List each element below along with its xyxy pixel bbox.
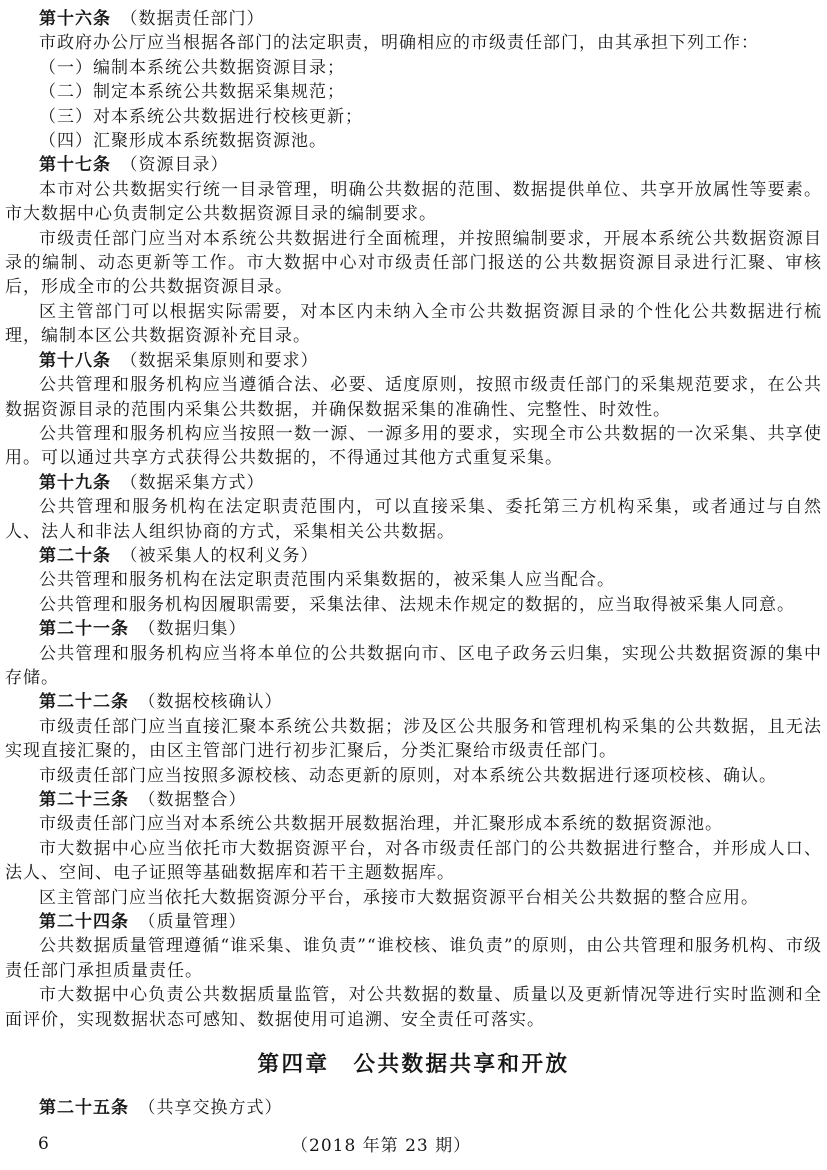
paragraph: 公共管理和服务机构应当将本单位的公共数据向市、区电子政务云归集，实现公共数据资源… xyxy=(5,642,822,691)
chapter-title: 公共数据共享和开放 xyxy=(354,1052,570,1077)
article-title: （数据整合） xyxy=(129,790,247,810)
article-heading: 第二十四条 （质量管理） xyxy=(5,910,822,934)
article-heading: 第二十二条 （数据校核确认） xyxy=(5,690,822,714)
article-title: （被采集人的权利义务） xyxy=(111,546,319,566)
article-number: 第二十五条 xyxy=(39,1098,129,1118)
paragraph: 市级责任部门应当对本系统公共数据开展数据治理，并汇聚形成本系统的数据资源池。 xyxy=(5,812,822,836)
article-number: 第二十四条 xyxy=(39,912,129,932)
article-title: （数据校核确认） xyxy=(129,692,283,712)
article-title: （共享交换方式） xyxy=(129,1098,283,1118)
paragraph: 市级责任部门应当直接汇聚本系统公共数据；涉及区公共服务和管理机构采集的公共数据，… xyxy=(5,715,822,764)
paragraph: 公共管理和服务机构在法定职责范围内，可以直接采集、委托第三方机构采集，或者通过与… xyxy=(5,495,822,544)
paragraph: 公共管理和服务机构在法定职责范围内采集数据的，被采集人应当配合。 xyxy=(5,568,822,592)
article-title: （数据采集原则和要求） xyxy=(111,351,319,371)
page-number: 6 xyxy=(38,1134,49,1154)
paragraph: （一）编制本系统公共数据资源目录； xyxy=(5,56,822,80)
paragraph: 区主管部门应当依托大数据资源分平台，承接市大数据资源平台相关公共数据的整合应用。 xyxy=(5,886,822,910)
paragraph: 本市对公共数据实行统一目录管理，明确公共数据的范围、数据提供单位、共享开放属性等… xyxy=(5,178,822,227)
article-number: 第二十一条 xyxy=(39,619,129,639)
article-heading: 第二十一条 （数据归集） xyxy=(5,617,822,641)
article-heading: 第十七条 （资源目录） xyxy=(5,153,822,177)
paragraph: 市级责任部门应当对本系统公共数据进行全面梳理，并按照编制要求，开展本系统公共数据… xyxy=(5,227,822,300)
issue-label: （2018 年第 23 期） xyxy=(291,1131,471,1156)
chapter-heading: 第四章公共数据共享和开放 xyxy=(5,1050,822,1080)
document-page: 第十六条 （数据责任部门）市政府办公厅应当根据各部门的法定职责，明确相应的市级责… xyxy=(0,0,827,1170)
paragraph: （四）汇聚形成本系统数据资源池。 xyxy=(5,129,822,153)
article-heading: 第十八条 （数据采集原则和要求） xyxy=(5,349,822,373)
paragraph: 公共管理和服务机构应当遵循合法、必要、适度原则，按照市级责任部门的采集规范要求，… xyxy=(5,373,822,422)
article-heading: 第二十三条 （数据整合） xyxy=(5,788,822,812)
article-title: （数据归集） xyxy=(129,619,247,639)
article-number: 第十九条 xyxy=(39,473,111,493)
paragraph: 市级责任部门应当按照多源校核、动态更新的原则，对本系统公共数据进行逐项校核、确认… xyxy=(5,764,822,788)
article-number: 第十八条 xyxy=(39,351,111,371)
article-title: （资源目录） xyxy=(111,155,229,175)
article-number: 第十七条 xyxy=(39,155,111,175)
chapter-number: 第四章 xyxy=(257,1052,329,1077)
paragraph: 公共管理和服务机构因履职需要，采集法律、法规未作规定的数据的，应当取得被采集人同… xyxy=(5,593,822,617)
article-heading: 第十九条 （数据采集方式） xyxy=(5,471,822,495)
paragraph: 公共数据质量管理遵循“谁采集、谁负责”“谁校核、谁负责”的原则，由公共管理和服务… xyxy=(5,934,822,983)
article-number: 第二十条 xyxy=(39,546,111,566)
paragraph: 市政府办公厅应当根据各部门的法定职责，明确相应的市级责任部门，由其承担下列工作： xyxy=(5,31,822,55)
paragraph: 区主管部门可以根据实际需要，对本区内未纳入全市公共数据资源目录的个性化公共数据进… xyxy=(5,300,822,349)
article-title: （质量管理） xyxy=(129,912,247,932)
article-title: （数据采集方式） xyxy=(111,473,265,493)
paragraph: 市大数据中心负责公共数据质量监管，对公共数据的数量、质量以及更新情况等进行实时监… xyxy=(5,983,822,1032)
paragraph: 公共管理和服务机构应当按照一数一源、一源多用的要求，实现全市公共数据的一次采集、… xyxy=(5,422,822,471)
article-title: （数据责任部门） xyxy=(111,9,265,29)
paragraph: 市大数据中心应当依托市大数据资源平台，对各市级责任部门的公共数据进行整合，并形成… xyxy=(5,837,822,886)
document-body: 第十六条 （数据责任部门）市政府办公厅应当根据各部门的法定职责，明确相应的市级责… xyxy=(0,0,827,1120)
article-heading: 第二十五条 （共享交换方式） xyxy=(5,1096,822,1120)
paragraph: （二）制定本系统公共数据采集规范； xyxy=(5,80,822,104)
article-number: 第二十三条 xyxy=(39,790,129,810)
article-number: 第十六条 xyxy=(39,9,111,29)
paragraph: （三）对本系统公共数据进行校核更新； xyxy=(5,105,822,129)
article-heading: 第十六条 （数据责任部门） xyxy=(5,7,822,31)
article-number: 第二十二条 xyxy=(39,692,129,712)
article-heading: 第二十条 （被采集人的权利义务） xyxy=(5,544,822,568)
